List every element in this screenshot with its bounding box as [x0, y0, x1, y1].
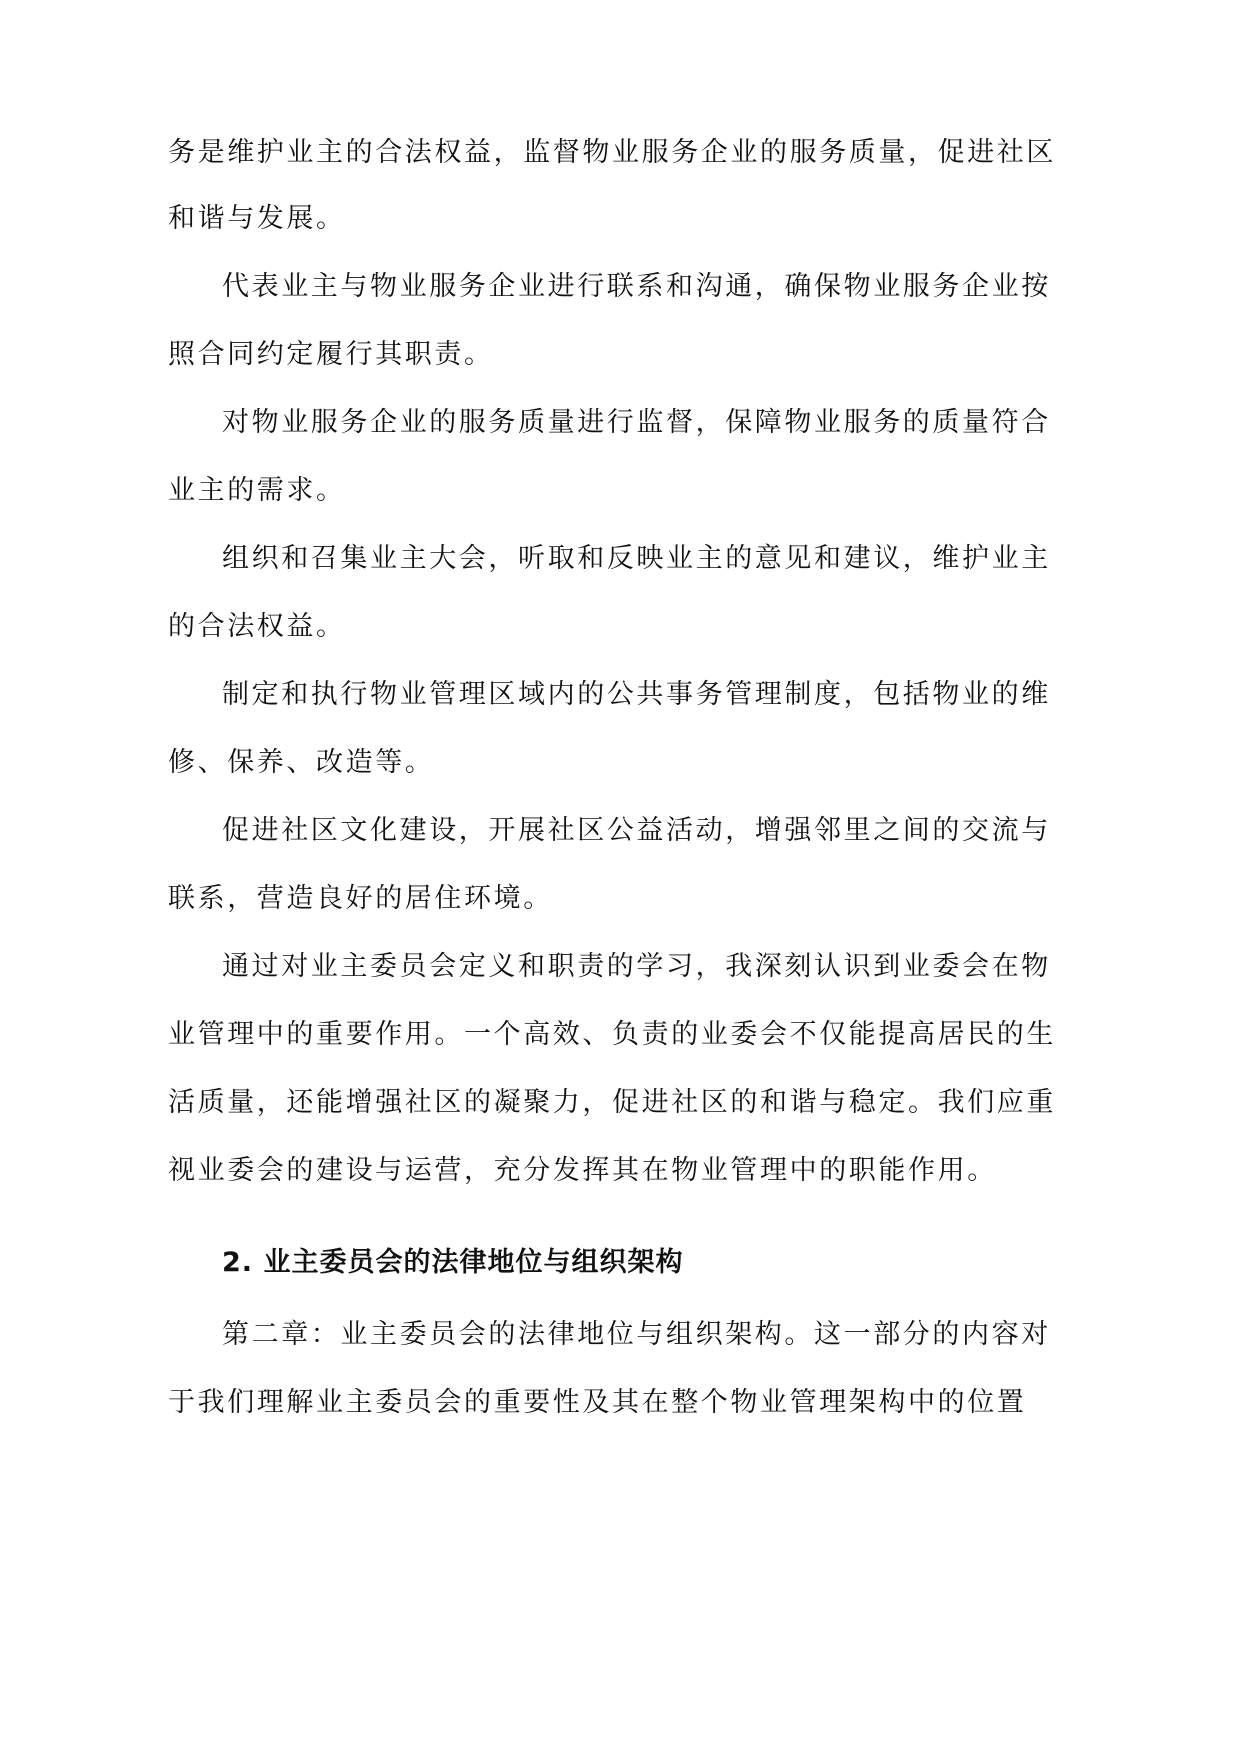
paragraph-line: 视业委会的建设与运营，充分发挥其在物业管理中的职能作用。	[168, 1154, 948, 1188]
paragraph-line: 通过对业主委员会定义和职责的学习，我深刻认识到业委会在物	[222, 950, 1002, 984]
paragraph-line: 活质量，还能增强社区的凝聚力，促进社区的和谐与稳定。我们应重	[168, 1086, 948, 1120]
paragraph-line: 第二章：业主委员会的法律地位与组织架构。这一部分的内容对	[222, 1318, 1002, 1352]
document-page: 务是维护业主的合法权益，监督物业服务企业的服务质量，促进社区 和谐与发展。 代表…	[0, 0, 1241, 1754]
paragraph-line: 修、保养、改造等。	[168, 746, 948, 780]
paragraph-line: 业主的需求。	[168, 474, 948, 508]
paragraph-line: 务是维护业主的合法权益，监督物业服务企业的服务质量，促进社区	[168, 136, 948, 170]
paragraph-line: 业管理中的重要作用。一个高效、负责的业委会不仅能提高居民的生	[168, 1018, 948, 1052]
paragraph-line: 对物业服务企业的服务质量进行监督，保障物业服务的质量符合	[222, 406, 1002, 440]
paragraph-line: 的合法权益。	[168, 610, 948, 644]
paragraph-line: 制定和执行物业管理区域内的公共事务管理制度，包括物业的维	[222, 678, 1002, 712]
paragraph-line: 组织和召集业主大会，听取和反映业主的意见和建议，维护业主	[222, 542, 1002, 576]
paragraph-line: 和谐与发展。	[168, 202, 948, 236]
section-heading: 2. 业主委员会的法律地位与组织架构	[222, 1246, 683, 1280]
paragraph-line: 照合同约定履行其职责。	[168, 338, 948, 372]
paragraph-line: 联系，营造良好的居住环境。	[168, 882, 948, 916]
paragraph-line: 于我们理解业主委员会的重要性及其在整个物业管理架构中的位置	[168, 1386, 948, 1420]
paragraph-line: 促进社区文化建设，开展社区公益活动，增强邻里之间的交流与	[222, 814, 1002, 848]
paragraph-line: 代表业主与物业服务企业进行联系和沟通，确保物业服务企业按	[222, 270, 1002, 304]
